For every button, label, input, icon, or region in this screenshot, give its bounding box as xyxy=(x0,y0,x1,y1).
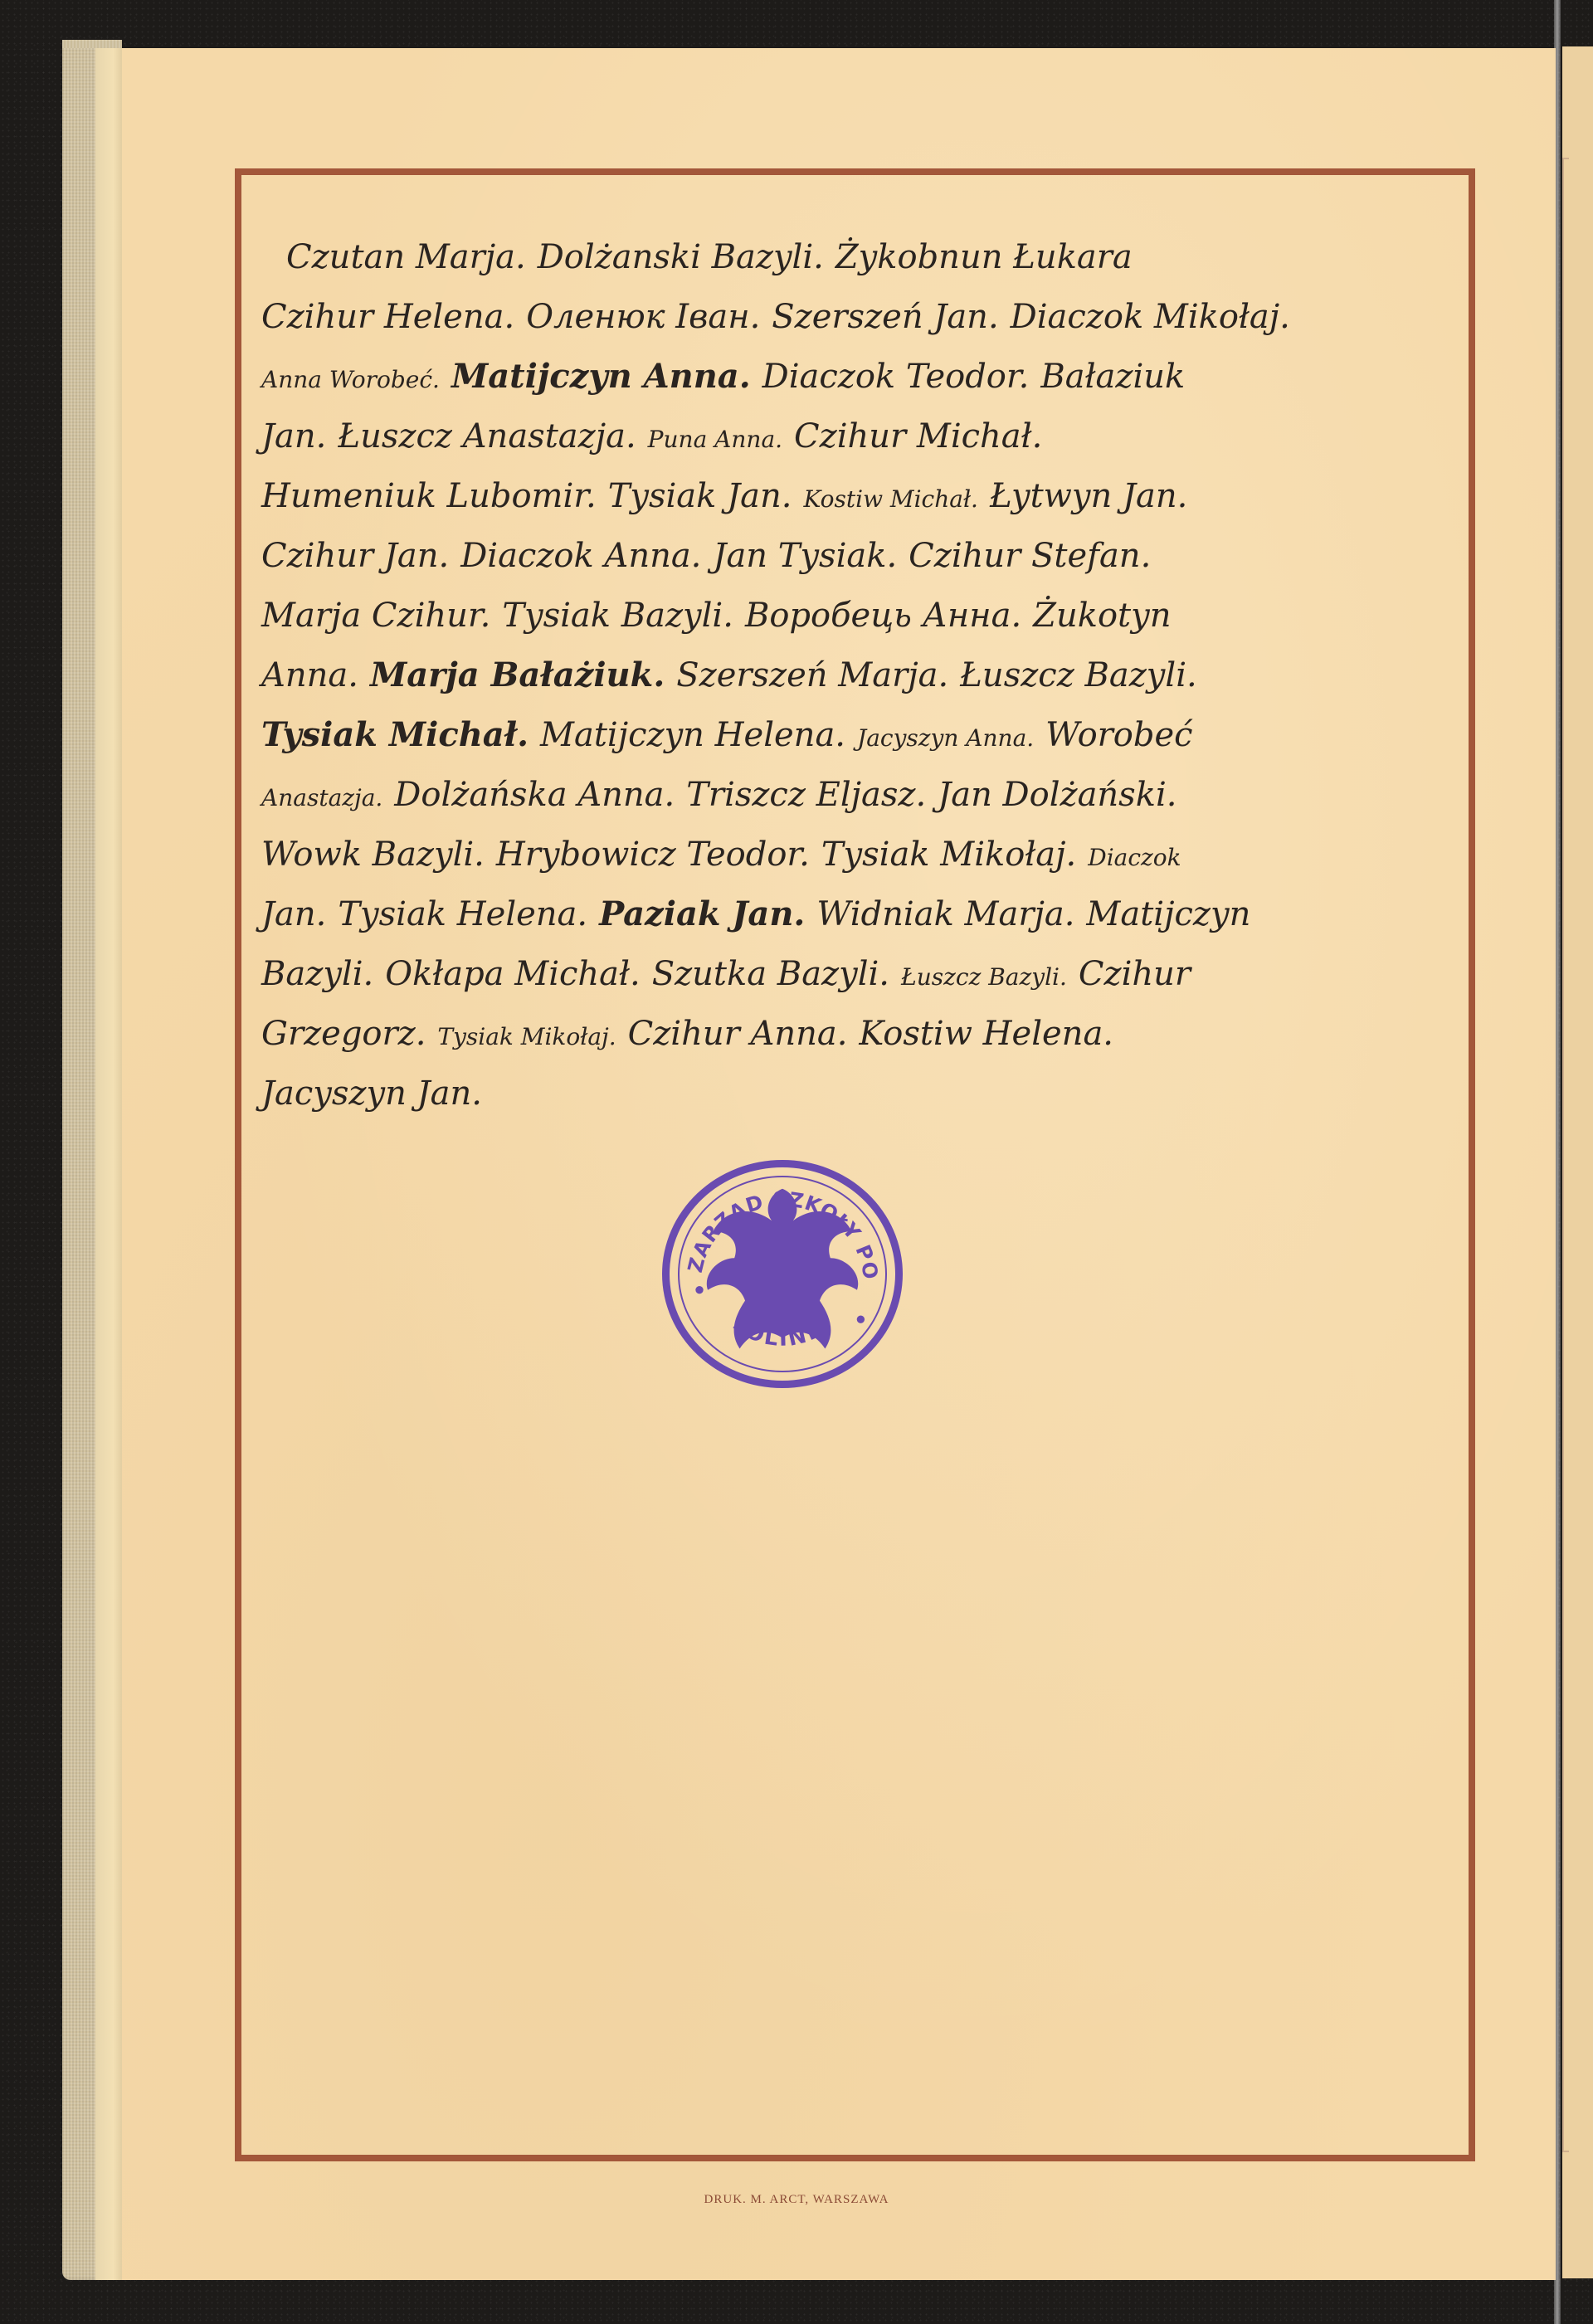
signature-name: Szerszeń Marja. xyxy=(676,650,948,700)
signature-name: Tysiak Jan. xyxy=(608,471,792,521)
signature-name: Jacyszyn Anna. xyxy=(857,714,1034,763)
signature-name: Tysiak Mikołaj. xyxy=(437,1012,616,1062)
signature-name: Szutka Bazyli. xyxy=(652,949,889,999)
signature-name: Paziak Jan. xyxy=(599,889,805,939)
signature-line: Anna.Marja Bałażiuk.Szerszeń Marja.Łuszc… xyxy=(261,650,1209,700)
signature-name: Czihur Michał. xyxy=(794,412,1042,461)
signature-line: Wowk Bazyli.Hrybowicz Teodor.Tysiak Miko… xyxy=(261,830,1193,879)
signature-name: Kostiw Helena. xyxy=(859,1009,1113,1059)
signature-name: Hrybowicz Teodor. xyxy=(496,830,810,879)
signature-name: Humeniuk Lubomir. xyxy=(261,471,597,521)
signature-name: Jan. xyxy=(261,412,326,461)
signature-line: Anastazja.Dolżańska Anna.Triszcz Eljasz.… xyxy=(261,770,1188,820)
signature-line: Marja Czihur.Tysiak Bazyli.Воробець Анна… xyxy=(261,591,1182,641)
signature-line: Bazyli.Okłapa Michał.Szutka Bazyli.Łuszc… xyxy=(261,949,1202,999)
signature-name: Marja Bałażiuk. xyxy=(370,650,665,700)
signature-name: Okłapa Michał. xyxy=(385,949,640,999)
signature-name: Tysiak Helena. xyxy=(338,889,587,939)
signature-line: Tysiak Michał.Matijczyn Helena.Jacyszyn … xyxy=(261,710,1205,760)
signature-name: Żukotyn xyxy=(1033,591,1171,641)
signature-name: Łytwyn Jan. xyxy=(990,471,1187,521)
signature-line: Czutan Marja.Dolżanski Bazyli.Żykobnun Ł… xyxy=(286,232,1144,282)
signature-name: Jacyszyn Jan. xyxy=(261,1069,482,1118)
signature-line: Grzegorz.Tysiak Mikołaj.Czihur Anna.Kost… xyxy=(261,1009,1125,1059)
signature-name: Diaczok Teodor. xyxy=(762,352,1030,402)
signature-name: Czihur Anna. xyxy=(628,1009,848,1059)
signature-name: Matijczyn xyxy=(1086,889,1250,939)
signature-name: Dolżańska Anna. xyxy=(394,770,675,820)
signature-name: Tysiak Michał. xyxy=(261,710,529,760)
signature-name: Diaczok xyxy=(1088,833,1181,883)
signature-name: Anastazja. xyxy=(261,773,382,823)
signature-line: Jan.Tysiak Helena.Paziak Jan.Widniak Mar… xyxy=(261,889,1262,939)
signature-name: Dolżanski Bazyli. xyxy=(538,232,824,282)
signature-line: Humeniuk Lubomir.Tysiak Jan.Kostiw Micha… xyxy=(261,471,1199,521)
signature-name: Łuszcz Bazyli. xyxy=(901,952,1067,1002)
signature-line: Jacyszyn Jan. xyxy=(261,1069,494,1118)
signature-line: Anna Worobeć.Matijczyn Anna.Diaczok Teod… xyxy=(261,352,1196,402)
signature-name: Tysiak Mikołaj. xyxy=(821,830,1076,879)
signature-name: Jan Dolżański. xyxy=(938,770,1176,820)
signature-line: Czihur Helena.Оленюк Іван.Szerszeń Jan.D… xyxy=(261,292,1302,342)
signature-name: Jan Tysiak. xyxy=(713,531,897,581)
signature-name: Żykobnun Łukara xyxy=(835,232,1133,282)
decorative-frame xyxy=(235,168,1475,2161)
signature-name: Szerszeń Jan. xyxy=(772,292,998,342)
printer-imprint: DRUK. M. ARCT, WARSZAWA xyxy=(0,2193,1593,2207)
signature-name: Diaczok Mikołaj. xyxy=(1011,292,1290,342)
signature-line: Czihur Jan.Diaczok Anna.Jan Tysiak.Czihu… xyxy=(261,531,1162,581)
school-stamp: ZARZĄD SZKOŁY POWSZECHNEJ LOLINIE xyxy=(662,1160,903,1388)
signature-name: Czihur Helena. xyxy=(261,292,514,342)
signature-name: Triszcz Eljasz. xyxy=(686,770,926,820)
signature-name: Kostiw Michał. xyxy=(803,475,977,524)
signature-name: Anna Worobeć. xyxy=(261,355,440,405)
signature-name: Diaczok Anna. xyxy=(460,531,701,581)
signature-name: Czihur xyxy=(1079,949,1191,999)
signature-line: Jan.Łuszcz Anastazja.Puna Anna.Czihur Mi… xyxy=(261,412,1054,461)
next-page-frame xyxy=(1562,158,1569,2152)
signature-name: Matijczyn Anna. xyxy=(451,352,751,402)
signature-name: Wowk Bazyli. xyxy=(261,830,485,879)
signature-name: Marja Czihur. xyxy=(261,591,490,641)
signature-name: Grzegorz. xyxy=(261,1009,426,1059)
signature-name: Czihur Stefan. xyxy=(909,531,1151,581)
signature-name: Bałaziuk xyxy=(1040,352,1185,402)
eagle-emblem-icon xyxy=(670,1167,895,1381)
signature-name: Łuszcz Anastazja. xyxy=(338,412,636,461)
signature-name: Anna. xyxy=(261,650,358,700)
signature-name: Tysiak Bazyli. xyxy=(502,591,733,641)
signature-name: Łuszcz Bazyli. xyxy=(960,650,1197,700)
signature-name: Puna Anna. xyxy=(648,415,782,465)
signature-name: Worobeć xyxy=(1045,710,1192,760)
signature-name: Widniak Marja. xyxy=(816,889,1074,939)
signature-name: Воробець Анна. xyxy=(745,591,1021,641)
signature-name: Matijczyn Helena. xyxy=(540,710,845,760)
signature-name: Czutan Marja. xyxy=(286,232,526,282)
signature-name: Bazyli. xyxy=(261,949,373,999)
signature-name: Czihur Jan. xyxy=(261,531,449,581)
signature-name: Оленюк Іван. xyxy=(526,292,760,342)
signature-name: Jan. xyxy=(261,889,326,939)
